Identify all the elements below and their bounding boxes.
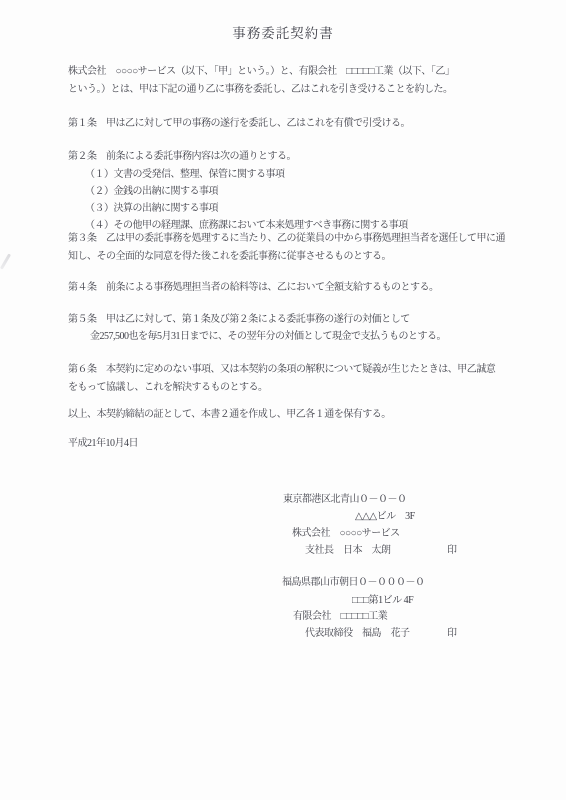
- article-5-line-1: 第５条 甲は乙に対して、第１条及び第２条による委託事務の遂行の対価として: [68, 314, 410, 326]
- article-2-item-1: （１）文書の受発信、整理、保管に関する事項: [85, 169, 285, 181]
- party-a-company-name: 株式会社 ○○○○サービス: [292, 528, 400, 540]
- contract-document-page: 事務委託契約書 株式会社 ○○○○サービス（以下、「甲」という。）と、有限会社 …: [0, 0, 566, 800]
- article-2-item-4: （４）その他甲の経理課、庶務課において本来処理すべき事務に関する事項: [85, 220, 408, 232]
- article-6-line-2: をもって協議し、これを解決するものとする。: [68, 382, 268, 394]
- party-a-seal-mark: 印: [447, 545, 457, 557]
- party-b-seal-mark: 印: [447, 628, 457, 640]
- article-3-line-1: 第３条 乙は甲の委託事務を処理するに当たり、乙の従業員の中から事務処理担当者を選…: [68, 233, 505, 245]
- article-2-item-3: （３）決算の出納に関する事項: [85, 203, 218, 215]
- party-a-signer-name: 支社長 日本 太朗: [305, 545, 391, 557]
- party-b-address-line-1: 福島県郡山市朝日０－０００－０: [282, 577, 425, 589]
- article-2-item-2: （２）金銭の出納に関する事項: [85, 186, 218, 198]
- preamble-line-1: 株式会社 ○○○○サービス（以下、「甲」という。）と、有限会社 □□□□□工業（…: [68, 66, 454, 78]
- contract-date: 平成21年10月4日: [68, 438, 138, 450]
- preamble-line-2: という。）とは、甲は下記の通り乙に事務を委託し、乙はこれを引き受けることを約した…: [68, 84, 453, 96]
- party-a-address-line-1: 東京都港区北青山０－０－０: [283, 494, 407, 506]
- article-6-line-1: 第６条 本契約に定めのない事項、又は本契約の条項の解釈について疑義が生じたときは…: [68, 364, 495, 376]
- party-b-company-name: 有限会社 □□□□□工業: [293, 611, 387, 623]
- article-2-head: 第２条 前条による委託事務内容は次の通りとする。: [68, 151, 296, 163]
- scan-smudge-artifact: [0, 253, 11, 269]
- article-4: 第４条 前条による事務処理担当者の給料等は、乙において全額支給するものとする。: [68, 282, 439, 294]
- article-5-line-2: 金257,500也を毎5月31日までに、その翌年分の対価として現金で支払うものと…: [90, 331, 446, 343]
- party-b-address-line-2: □□□第1ビル 4F: [352, 595, 413, 607]
- party-a-address-line-2: △△△ビル 3F: [355, 511, 415, 523]
- document-title: 事務委託契約書: [0, 28, 566, 40]
- closing-statement: 以上、本契約締結の証として、本書２通を作成し、甲乙各１通を保有する。: [68, 409, 391, 421]
- party-b-signer-name: 代表取締役 福島 花子: [305, 628, 410, 640]
- article-3-line-2: 知し、その全面的な同意を得た後これを委託事務に従事させるものとする。: [68, 251, 391, 263]
- article-1: 第１条 甲は乙に対して甲の事務の遂行を委託し、乙はこれを有償で引受ける。: [68, 118, 410, 130]
